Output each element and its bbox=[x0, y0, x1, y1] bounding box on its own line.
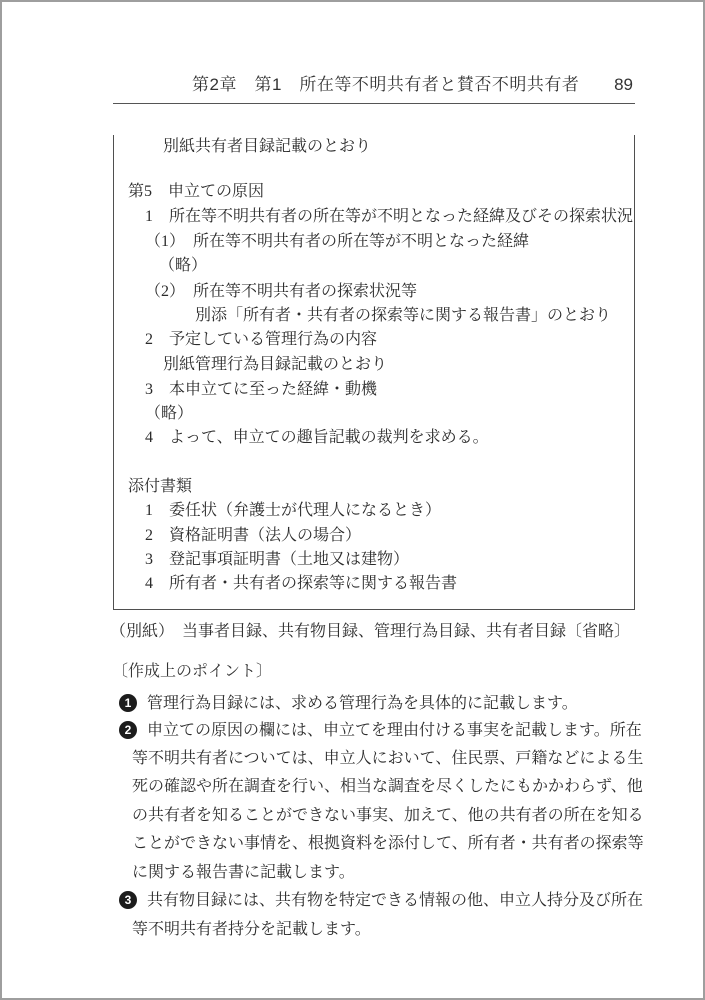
point-line: の共有者を知ることができない事実、加えて、他の共有者の所在を知る bbox=[132, 806, 644, 825]
running-head-title: 第2章 第1 所在等不明共有者と賛否不明共有者 bbox=[192, 76, 579, 93]
appendix-note: （別紙） 当事者目録、共有物目録、管理行為目録、共有者目録〔省略〕 bbox=[110, 624, 630, 640]
box-line: 別紙管理行為目録記載のとおり bbox=[163, 357, 387, 373]
box-line: （略） bbox=[159, 258, 207, 274]
point-line: 共有物目録には、共有物を特定できる情報の他、申立人持分及び所在 bbox=[147, 891, 643, 910]
header-rule bbox=[113, 103, 635, 104]
box-line: 1 委任状（弁護士が代理人になるとき） bbox=[145, 503, 441, 519]
point-line: 等不明共有者持分を記載します。 bbox=[132, 920, 371, 939]
box-line: （略） bbox=[145, 406, 193, 422]
point-line: 申立ての原因の欄には、申立てを理由付ける事実を記載します。所在 bbox=[147, 721, 642, 740]
box-line: 3 登記事項証明書（土地又は建物） bbox=[145, 552, 409, 568]
box-line: 3 本申立てに至った経緯・動機 bbox=[145, 382, 377, 398]
point-number-badge: 1 bbox=[119, 694, 137, 712]
box-line: 4 所有者・共有者の探索等に関する報告書 bbox=[145, 576, 457, 592]
box-line: 別添「所有者・共有者の探索等に関する報告書」のとおり bbox=[195, 308, 611, 324]
point-number-badge: 3 bbox=[119, 891, 137, 909]
point-line: 管理行為目録には、求める管理行為を具体的に記載します。 bbox=[147, 694, 578, 713]
box-line: 2 予定している管理行為の内容 bbox=[145, 332, 377, 348]
point-line: ことができない事情を、根拠資料を添付して、所有者・共有者の探索等 bbox=[132, 834, 644, 853]
point-line: 等不明共有者については、申立人において、住民票、戸籍などによる生 bbox=[132, 749, 643, 768]
page-number: 89 bbox=[614, 76, 633, 93]
box-line: 1 所在等不明共有者の所在等が不明となった経緯及びその探索状況 bbox=[145, 209, 633, 225]
box-line: （1） 所在等不明共有者の所在等が不明となった経緯 bbox=[145, 234, 529, 250]
box-line: 4 よって、申立ての趣旨記載の裁判を求める。 bbox=[145, 430, 489, 446]
box-line: 2 資格証明書（法人の場合） bbox=[145, 528, 361, 544]
box-line: （2） 所在等不明共有者の探索状況等 bbox=[145, 284, 417, 300]
book-page: 第2章 第1 所在等不明共有者と賛否不明共有者 89 別紙共有者目録記載のとおり… bbox=[0, 0, 705, 1000]
points-heading: 〔作成上のポイント〕 bbox=[112, 664, 272, 680]
point-line: 死の確認や所在調査を行い、相当な調査を尽くしたにもかかわらず、他 bbox=[132, 777, 643, 796]
box-line: 第5 申立ての原因 bbox=[128, 184, 264, 200]
box-line: 別紙共有者目録記載のとおり bbox=[163, 139, 371, 155]
box-line: 添付書類 bbox=[128, 479, 192, 495]
point-line: に関する報告書に記載します。 bbox=[132, 863, 355, 882]
point-number-badge: 2 bbox=[119, 721, 137, 739]
